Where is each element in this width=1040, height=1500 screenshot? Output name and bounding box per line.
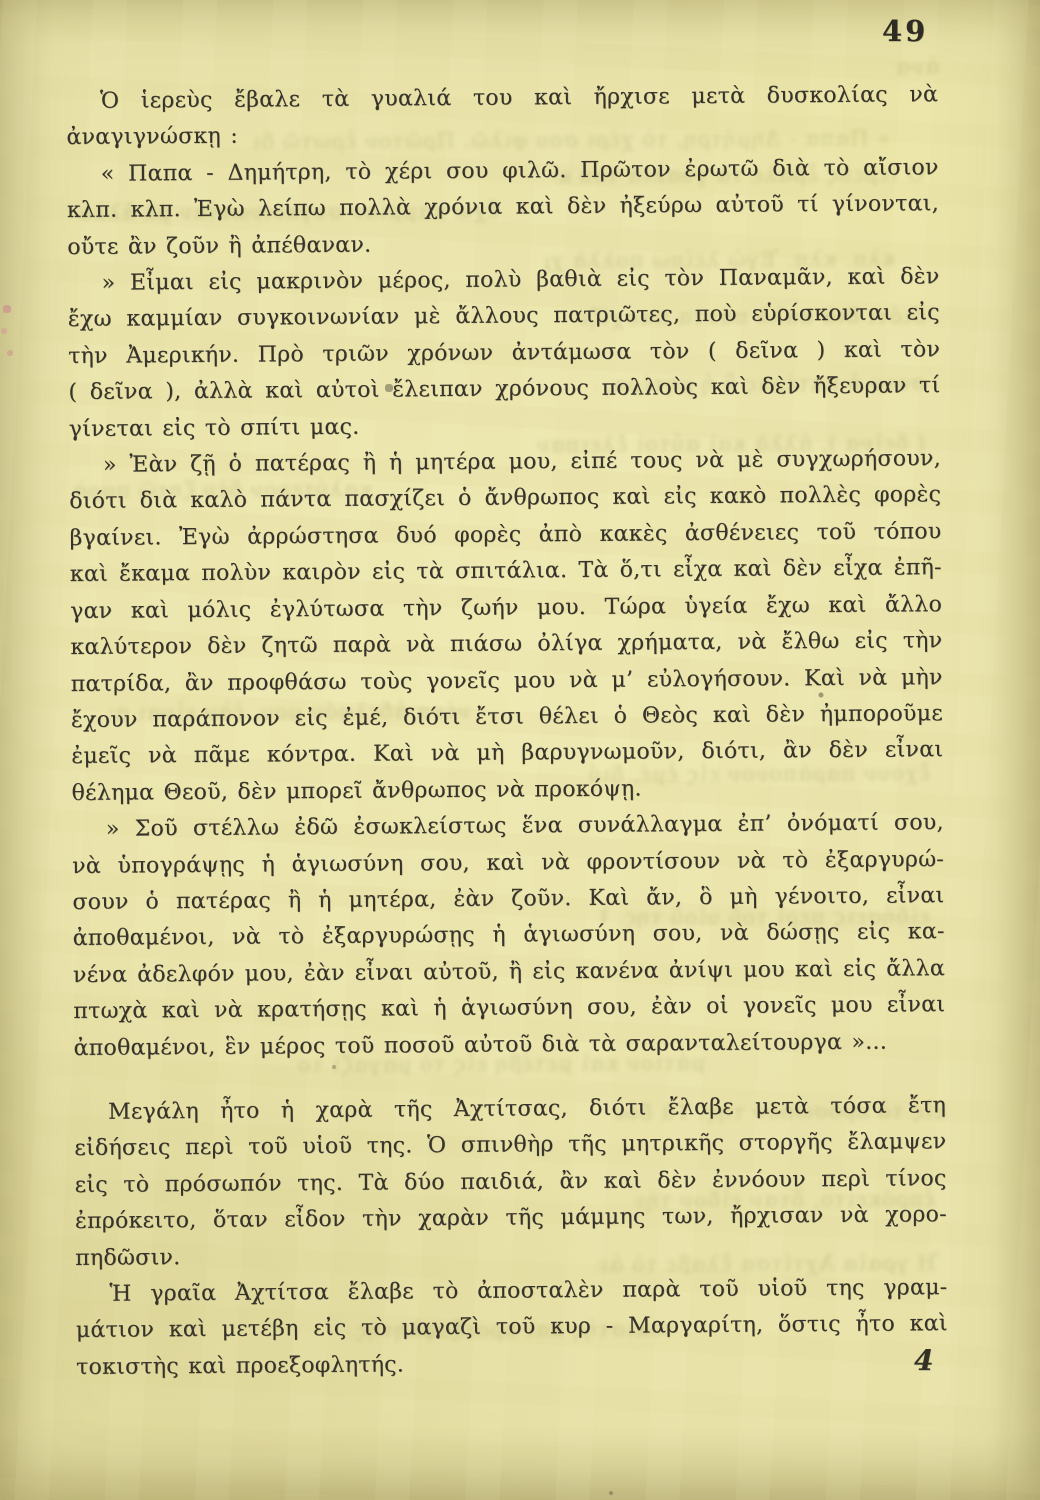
text-line: ἐπρόκειτο, ὅταν εἶδον τὴν χαρὰν τῆς μάμμ… xyxy=(75,1197,947,1240)
signature-number: 4 xyxy=(914,1344,933,1377)
book-page: « Παπα - Δημήτρη, τὸ χέρι σου φιλῶ. Πρῶτ… xyxy=(0,0,1040,1500)
ink-specks xyxy=(0,0,2,2)
paragraph: » Ἐὰν ζῇ ὁ πατέρας ἢ ἡ μητέρα μου, εἰπέ … xyxy=(69,441,944,812)
paragraph: Ὁ ἱερεὺς ἔβαλε τὰ γυαλιά του καὶ ἤρχισε … xyxy=(66,77,939,157)
page-number: 49 xyxy=(882,14,928,48)
text-line: » Σοῦ στέλλω ἐδῶ ἐσωκλείστως ἕνα συνάλλα… xyxy=(72,805,944,848)
text-line: τοκιστὴς καὶ προεξοφλητής. xyxy=(76,1343,948,1386)
paragraph: » Εἶμαι εἰς μακρινὸν μέρος, πολὺ βαθιὰ ε… xyxy=(67,259,940,448)
text-line: κλπ. κλπ. Ἐγὼ λείπω πολλὰ χρόνια καὶ δὲν… xyxy=(67,186,939,229)
paragraph: Ἡ γραῖα Ἀχτίτσα ἔλαβε τὸ ἀποσταλὲν παρὰ … xyxy=(75,1270,948,1386)
text-line: Ὁ ἱερεὺς ἔβαλε τὰ γυαλιά του καὶ ἤρχισε … xyxy=(66,77,938,120)
text-line: πτωχὰ καὶ νὰ κρατήσῃς καὶ ἡ ἁγιωσύνη σου… xyxy=(73,987,945,1030)
text-line: ἀποθαμένοι, ἓν μέρος τοῦ ποσοῦ αὐτοῦ διὰ… xyxy=(73,1024,945,1067)
text-line: καλύτερον δὲν ζητῶ παρὰ νὰ πιάσω ὀλίγα χ… xyxy=(70,623,942,666)
paragraph: « Παπα - Δημήτρη, τὸ χέρι σου φιλῶ. Πρῶτ… xyxy=(67,150,940,266)
text-line: ( δεῖνα ), ἀλλὰ καὶ αὐτοὶ ἔλειπαν χρόνου… xyxy=(68,368,940,411)
paragraph: Μεγάλη ἦτο ἡ χαρὰ τῆς Ἀχτίτσας, διότι ἔλ… xyxy=(74,1088,947,1277)
text-block: Ὁ ἱερεὺς ἔβαλε τὰ γυαλιά του καὶ ἤρχισε … xyxy=(66,77,948,1386)
paragraph: » Σοῦ στέλλω ἐδῶ ἐσωκλείστως ἕνα συνάλλα… xyxy=(72,805,946,1067)
text-line: ἐμεῖς νὰ πᾶμε κόντρα. Καὶ νὰ μὴ βαρυγνωμ… xyxy=(71,732,943,775)
bleedthrough-ghost-text: ἀναγιγνώσκῃ : xyxy=(893,55,939,79)
text-line: μάτιον καὶ μετέβη εἰς τὸ μαγαζὶ τοῦ κυρ … xyxy=(76,1307,948,1350)
